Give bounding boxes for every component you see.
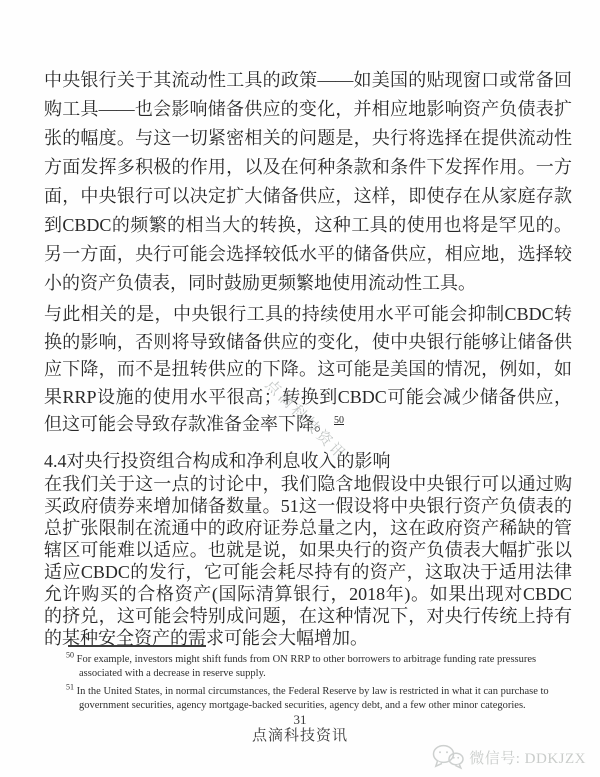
footnote-50-marker: 50 xyxy=(66,651,74,660)
body-paragraph-2: 与此相关的是，中央银行工具的持续使用水平可能会抑制CBDC转换的影响，否则将导致… xyxy=(44,301,572,439)
footnote-51-text: In the United States, in normal circumst… xyxy=(77,686,549,711)
document-page: 中央银行关于其流动性工具的政策——如美国的贴现窗口或常备回购工具——也会影响储备… xyxy=(0,0,600,777)
wechat-watermark: 微信号: DDKJZX xyxy=(432,744,586,770)
footnote-separator xyxy=(68,645,206,647)
section-heading: 4.4对央行投资组合构成和净利息收入的影响 xyxy=(44,449,572,473)
footer-brand: 点滴科技资讯 xyxy=(0,727,600,745)
footnote-51-marker: 51 xyxy=(66,683,74,692)
footnote-ref-50: 50 xyxy=(334,415,344,426)
footnote-50: 50 For example, investors might shift fu… xyxy=(66,653,552,680)
wechat-icon xyxy=(432,744,464,770)
paragraph-2-text: 与此相关的是，中央银行工具的持续使用水平可能会抑制CBDC转换的影响，否则将导致… xyxy=(44,304,572,434)
page-number: 31 xyxy=(0,712,600,727)
footnote-51: 51 In the United States, in normal circu… xyxy=(66,685,552,712)
footnote-50-text: For example, investors might shift funds… xyxy=(77,654,536,679)
footnotes-section: 50 For example, investors might shift fu… xyxy=(66,645,552,717)
page-footer: 31 点滴科技资讯 xyxy=(0,712,600,745)
body-paragraph-3: 在我们关于这一点的讨论中，我们隐含地假设中央银行可以通过购买政府债券来增加储备数… xyxy=(44,473,572,649)
page-content: 中央银行关于其流动性工具的政策——如美国的贴现窗口或常备回购工具——也会影响储备… xyxy=(44,66,572,649)
wechat-id-label: 微信号: DDKJZX xyxy=(469,747,586,768)
body-paragraph-1: 中央银行关于其流动性工具的政策——如美国的贴现窗口或常备回购工具——也会影响储备… xyxy=(44,66,572,298)
